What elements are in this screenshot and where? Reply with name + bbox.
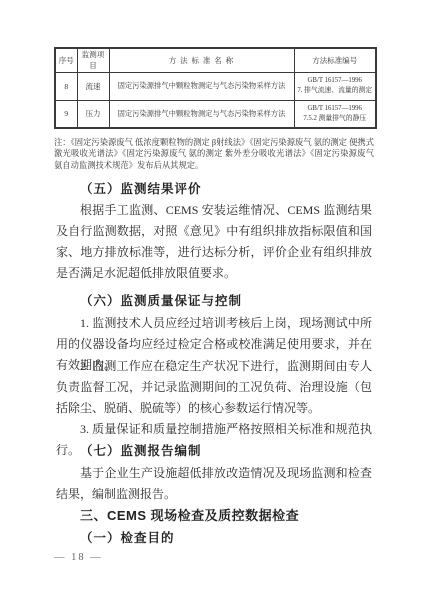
page-number: — 18 — [54,552,103,563]
col-header-seq: 序号 [55,48,77,72]
chapter-3-heading: 三、CEMS 现场检查及质控数据检查 [56,505,396,524]
section-6-heading: （六）监测质量保证与控制 [56,291,396,309]
table-row: 8 流速 固定污染源排气中颗粒物测定与气态污染物采样方法 GB/T 16157—… [55,72,376,100]
methods-standards-table: 序号 监测项目 方 法 标 准 名 称 方法标准编号 8 流速 固定污染源排气中… [54,47,377,129]
col-header-item: 监测项目 [77,48,109,72]
standard-no-line1: GB/T 16157—1996 [296,76,375,86]
document-page: 序号 监测项目 方 法 标 准 名 称 方法标准编号 8 流速 固定污染源排气中… [0,0,427,604]
cell-item: 压力 [77,100,109,128]
cell-method: 固定污染源排气中颗粒物测定与气态污染物采样方法 [109,72,294,100]
section-5-heading: （五）监测结果评价 [56,179,396,197]
section-7-heading: （七）监测报告编制 [56,441,396,459]
section-5-paragraph: 根据手工监测、CEMS 安装运维情况、CEMS 监测结果及自行监测数据，对照《意… [56,200,372,284]
section-6-item-2: 2. 监测工作应在稳定生产状况下进行，监测期间由专人负责监督工况，并记录监测期间… [56,356,372,419]
cell-item: 流速 [77,72,109,100]
section-3-1-heading: （一）检查目的 [56,528,396,546]
standard-no-line2: 7.5.2 测量排气的静压 [296,114,375,124]
table-header-row: 序号 监测项目 方 法 标 准 名 称 方法标准编号 [55,48,376,72]
table-note: 注：《固定污染源废气 低浓度颗粒物的测定 β射线法》《固定污染源废气 氨的测定 … [54,137,374,171]
cell-standard: GB/T 16157—1996 7.5.2 测量排气的静压 [294,100,376,128]
col-header-method: 方 法 标 准 名 称 [109,48,294,72]
cell-method: 固定污染源排气中颗粒物测定与气态污染物采样方法 [109,100,294,128]
standard-no-line2: 7. 排气流速、流量的测定 [296,86,375,96]
standard-no-line1: GB/T 16157—1996 [296,104,375,114]
col-header-standard: 方法标准编号 [294,48,376,72]
cell-standard: GB/T 16157—1996 7. 排气流速、流量的测定 [294,72,376,100]
cell-seq: 8 [55,72,77,100]
table-row: 9 压力 固定污染源排气中颗粒物测定与气态污染物采样方法 GB/T 16157—… [55,100,376,128]
section-7-paragraph: 基于企业生产设施超低排放改造情况及现场监测和检查结果，编制监测报告。 [56,463,372,505]
cell-seq: 9 [55,100,77,128]
